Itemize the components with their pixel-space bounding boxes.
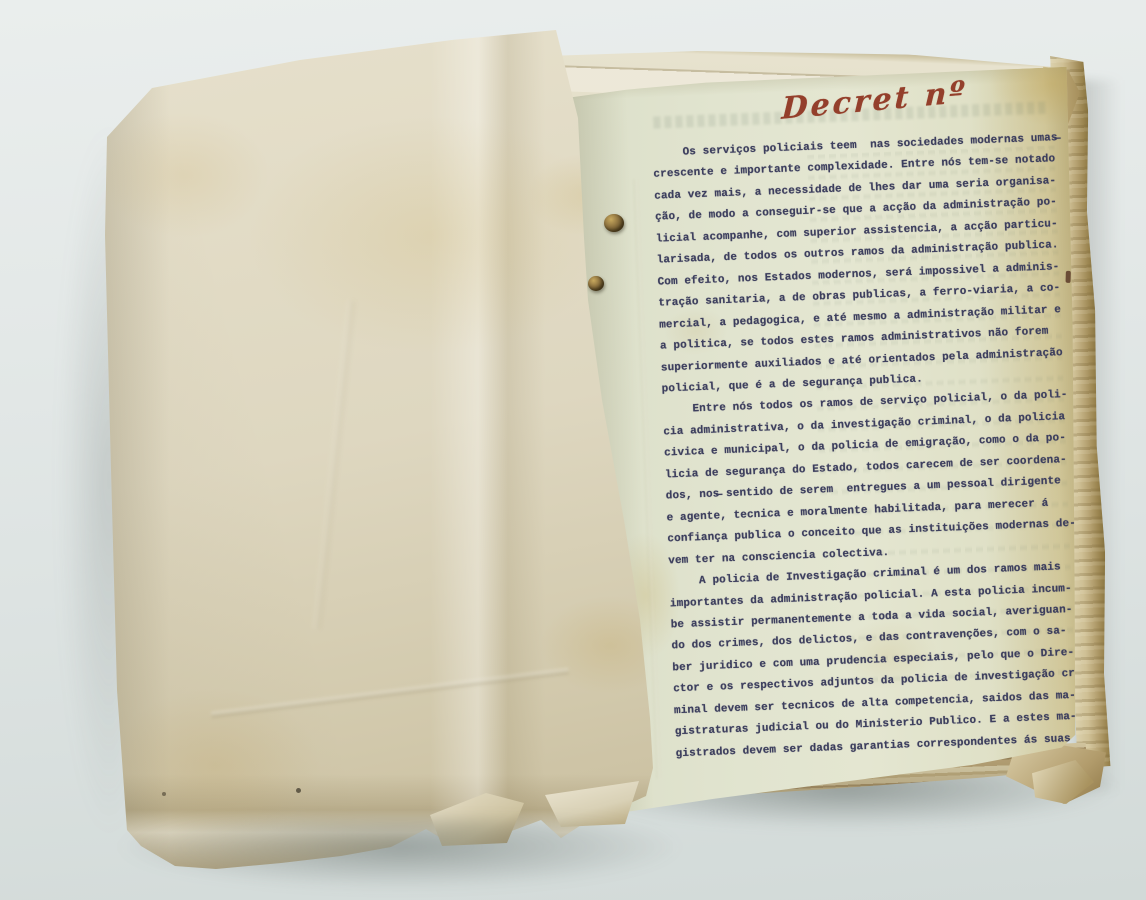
typed-text-block: Os serviços policiais teem nas sociedade…: [652, 128, 1090, 766]
cover-speck: [296, 788, 301, 793]
handwritten-annotation: Decret nº: [780, 71, 1011, 140]
brass-fastener-top: [604, 214, 624, 232]
brass-fastener-bottom: [588, 276, 604, 291]
photo-scene: Decret nº Os serviços policiais teem nas…: [0, 0, 1146, 900]
cover-speck: [162, 792, 166, 796]
cover-crease: [211, 668, 569, 718]
cover-bottom-shadow: [115, 818, 685, 890]
ink-speck: [1066, 271, 1071, 283]
cover-crease: [313, 300, 355, 629]
